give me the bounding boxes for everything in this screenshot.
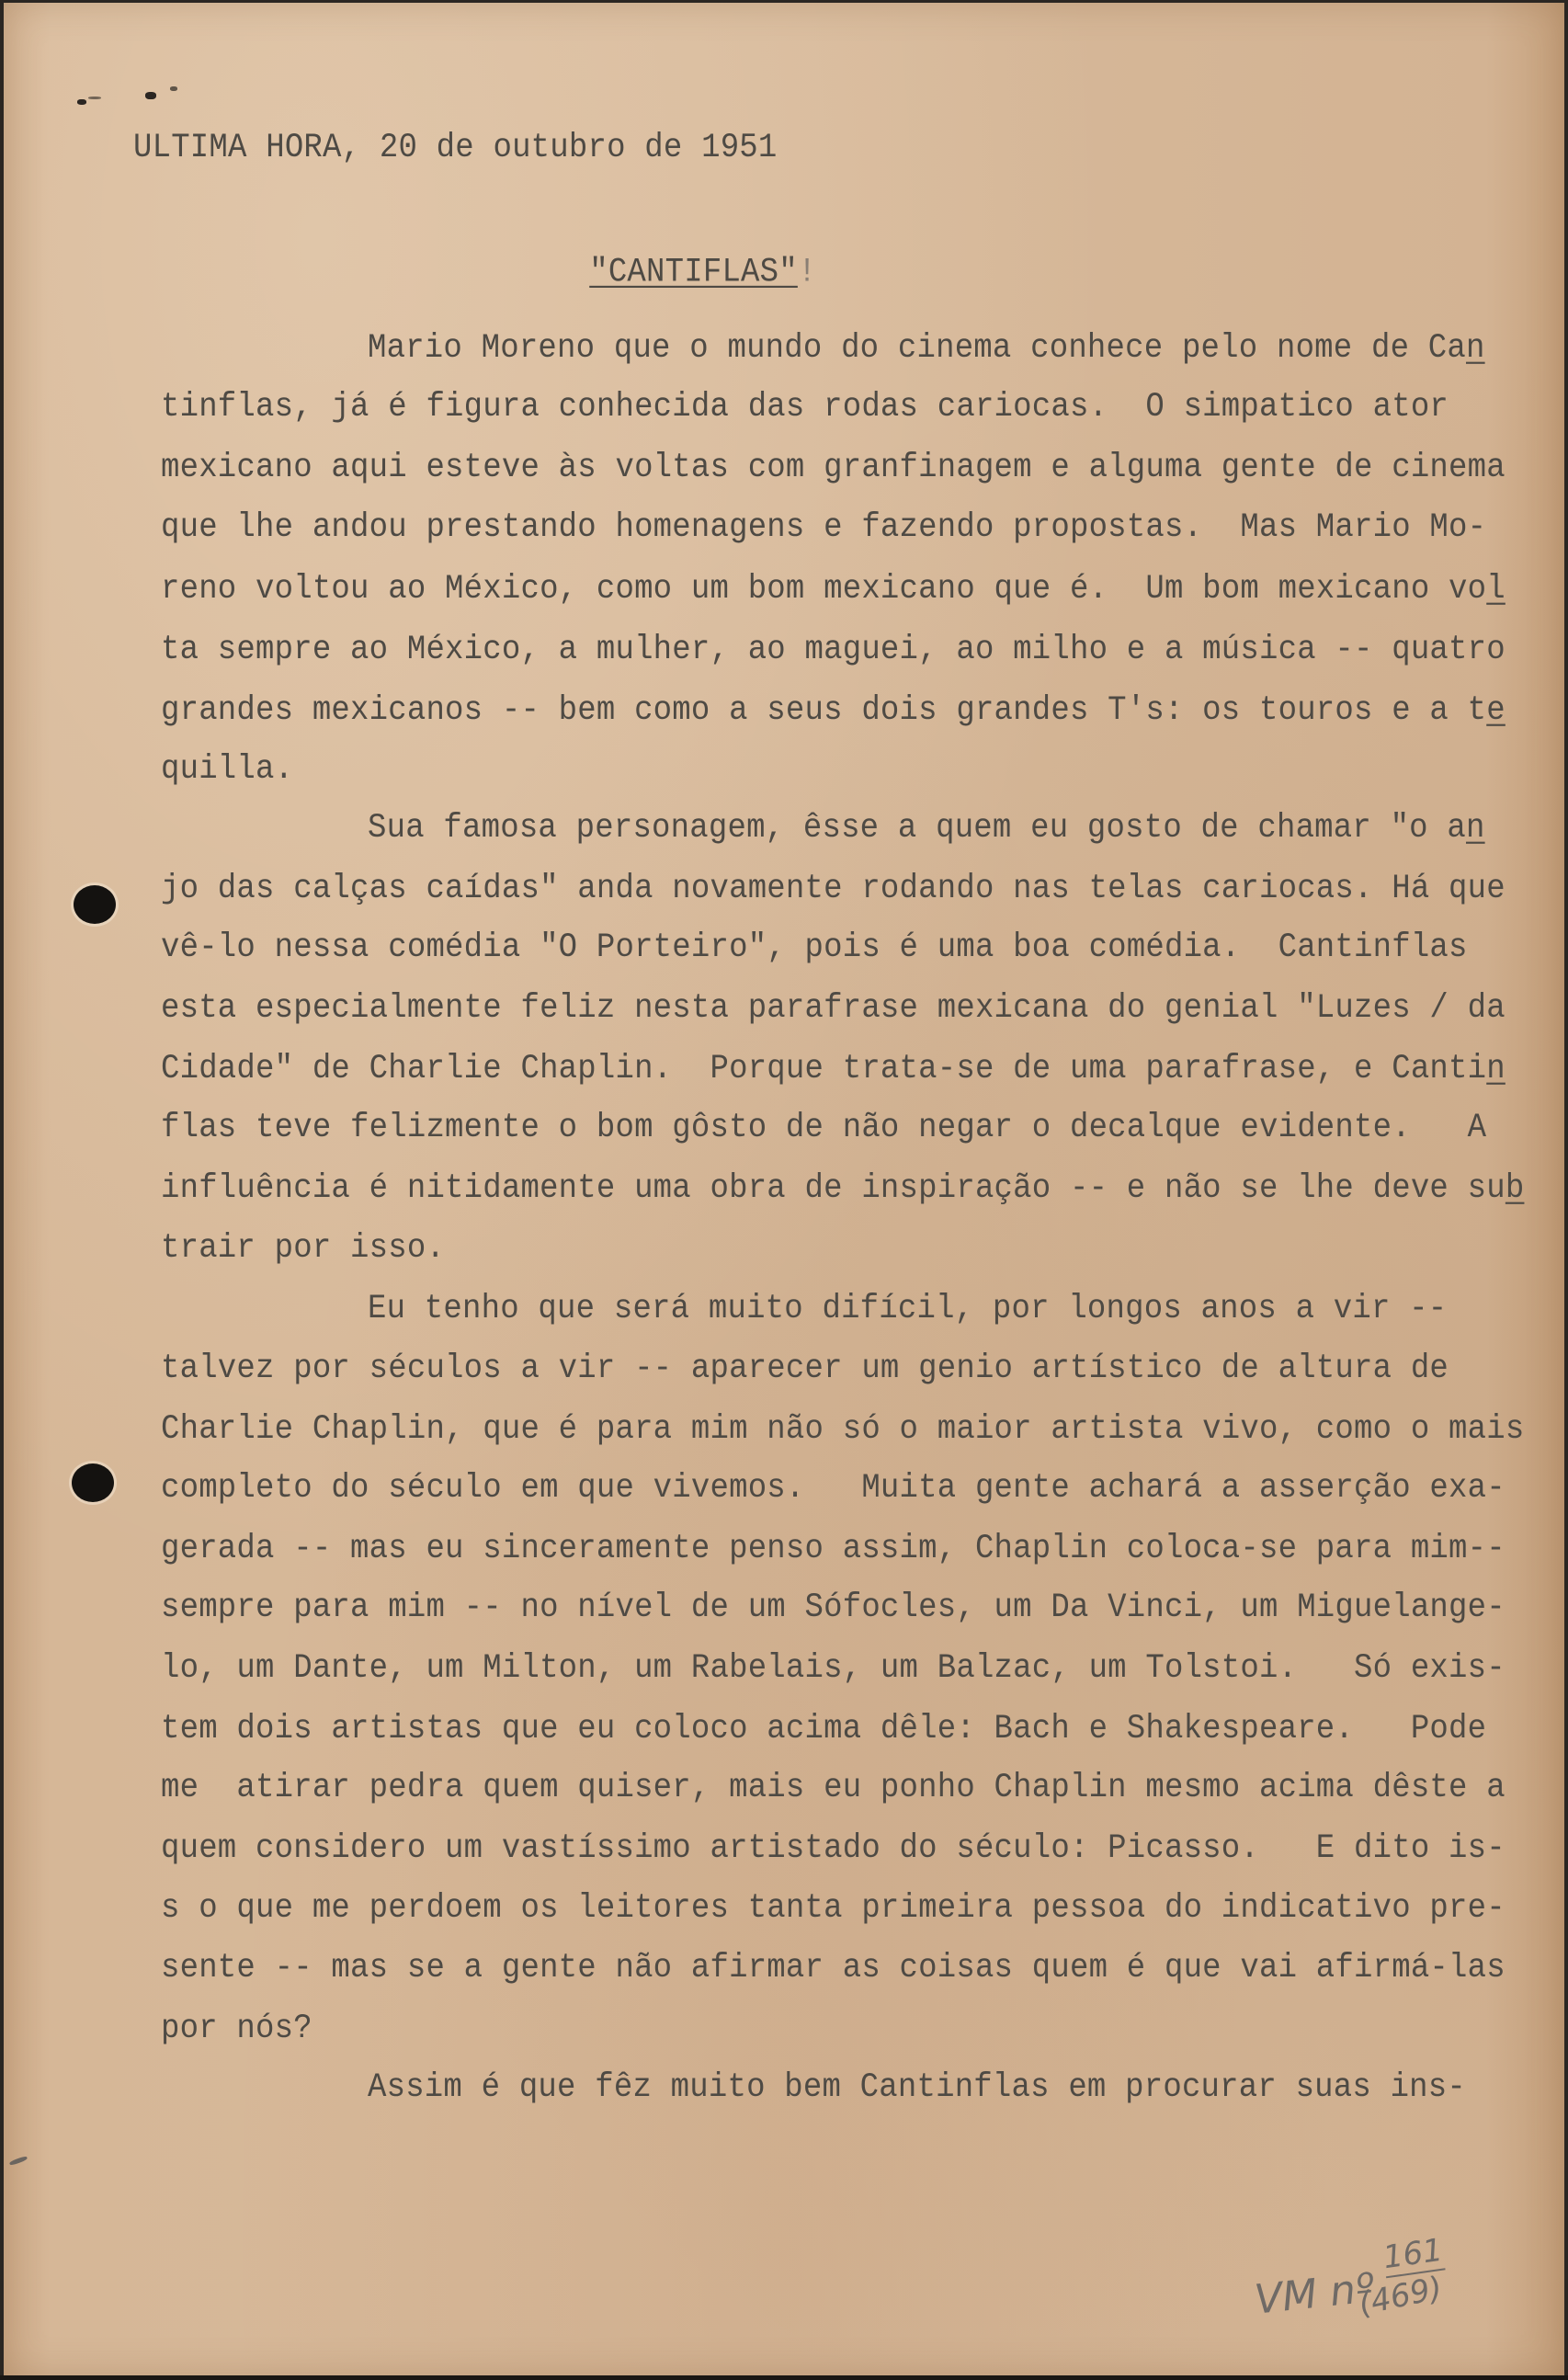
text-line: que lhe andou prestando homenagens e faz… — [161, 508, 1486, 548]
text-line: Charlie Chaplin, que é para mim não só o… — [161, 1410, 1524, 1450]
text-line: mexicano aqui esteve às voltas com granf… — [161, 449, 1506, 488]
hyphenation-underline: b — [1506, 1170, 1525, 1208]
text-line-body: reno voltou ao México, como um bom mexic… — [161, 571, 1486, 609]
text-line: tinflas, já é figura conhecida das rodas… — [161, 388, 1449, 427]
text-line: me atirar pedra quem quiser, mais eu pon… — [161, 1769, 1506, 1808]
text-line-body: Sua famosa personagem, êsse a quem eu go… — [368, 810, 1466, 848]
text-line: por nós? — [161, 2010, 312, 2049]
text-line: quem considero um vastíssimo artistado d… — [161, 1829, 1506, 1869]
text-line: Assim é que fêz muito bem Cantinflas em … — [368, 2068, 1466, 2108]
binder-hole-top — [74, 885, 116, 924]
text-line: reno voltou ao México, como um bom mexic… — [161, 570, 1506, 609]
text-line: talvez por séculos a vir -- aparecer um … — [161, 1349, 1449, 1389]
ink-speck — [145, 92, 156, 99]
hyphenation-underline: l — [1486, 571, 1506, 609]
text-line: Eu tenho que será muito difícil, por lon… — [368, 1290, 1447, 1329]
text-line: tem dois artistas que eu coloco acima dê… — [161, 1710, 1486, 1749]
ink-speck — [77, 99, 86, 105]
text-line: esta especialmente feliz nesta parafrase… — [161, 989, 1506, 1029]
text-line: quilla. — [161, 750, 293, 790]
article-title-text: "CANTIFLAS" — [589, 254, 798, 291]
text-line: gerada -- mas eu sinceramente penso assi… — [161, 1530, 1506, 1569]
ink-speck — [170, 86, 177, 91]
text-line: influência é nitidamente uma obra de ins… — [161, 1169, 1524, 1209]
article-title: "CANTIFLAS"! — [551, 213, 816, 292]
text-line: sempre para mim -- no nível de um Sófocl… — [161, 1589, 1506, 1628]
text-line: Mario Moreno que o mundo do cinema conhe… — [368, 329, 1485, 369]
text-line-body: Cidade" de Charlie Chaplin. Porque trata… — [161, 1051, 1486, 1088]
text-line: Sua famosa personagem, êsse a quem eu go… — [368, 809, 1485, 848]
text-line-body: influência é nitidamente uma obra de ins… — [161, 1170, 1506, 1208]
text-line: sente -- mas se a gente não afirmar as c… — [161, 1949, 1506, 1988]
scan-edge — [0, 2375, 1568, 2380]
text-line: s o que me perdoem os leitores tanta pri… — [161, 1889, 1506, 1929]
text-line-body: Mario Moreno que o mundo do cinema conhe… — [368, 330, 1466, 368]
hyphenation-underline: n — [1486, 1051, 1506, 1088]
text-line: Cidade" de Charlie Chaplin. Porque trata… — [161, 1050, 1506, 1089]
text-line: flas teve felizmente o bom gôsto de não … — [161, 1109, 1486, 1148]
text-line: vê-lo nessa comédia "O Porteiro", pois é… — [161, 928, 1468, 968]
text-line: grandes mexicanos -- bem como a seus doi… — [161, 691, 1506, 731]
text-line-body: grandes mexicanos -- bem como a seus doi… — [161, 692, 1486, 730]
text-line: trair por isso. — [161, 1229, 445, 1269]
title-mark: ! — [798, 254, 817, 291]
publication-header: ULTIMA HORA, 20 de outubro de 1951 — [133, 129, 778, 168]
hyphenation-underline: e — [1486, 692, 1506, 730]
binder-hole-bottom — [72, 1463, 114, 1502]
text-line: jo das calças caídas" anda novamente rod… — [161, 870, 1506, 909]
text-line: ta sempre ao México, a mulher, ao maguei… — [161, 631, 1506, 670]
text-line: lo, um Dante, um Milton, um Rabelais, um… — [161, 1649, 1506, 1689]
ink-speck — [88, 97, 101, 99]
hyphenation-underline: n — [1466, 330, 1485, 368]
hyphenation-underline: n — [1466, 810, 1485, 848]
text-line: completo do século em que vivemos. Muita… — [161, 1469, 1506, 1509]
